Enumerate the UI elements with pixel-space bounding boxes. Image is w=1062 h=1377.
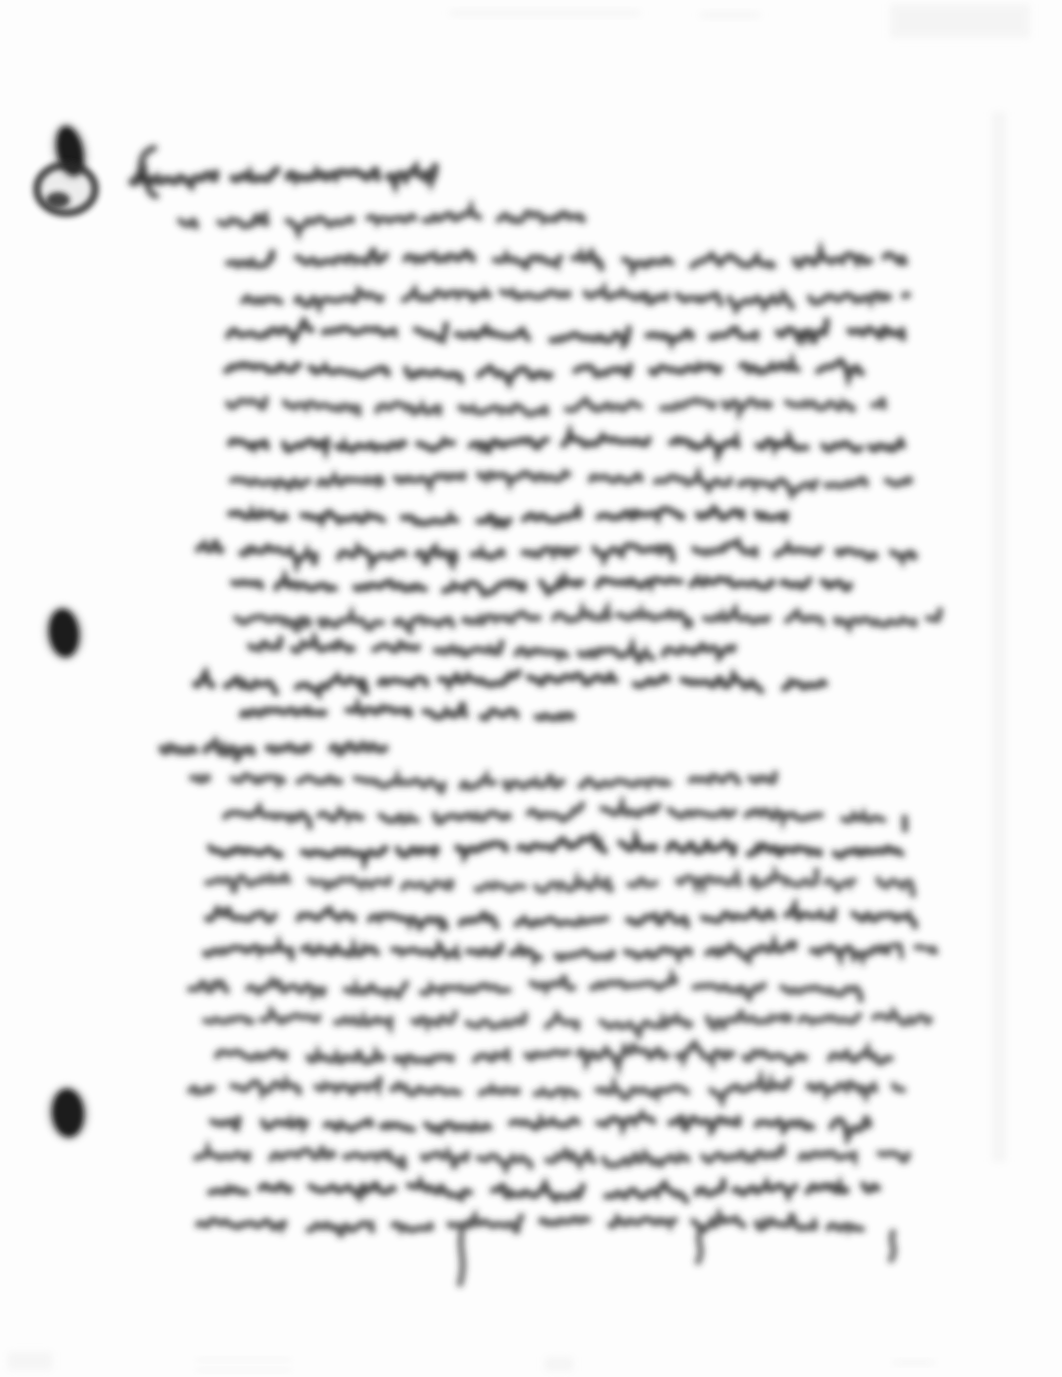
handwriting-descender-tail	[891, 1232, 894, 1260]
handwriting-line	[198, 540, 915, 565]
handwriting-line	[205, 1011, 930, 1034]
scanned-notebook-page	[0, 0, 1062, 1377]
handwriting-line	[210, 1181, 878, 1202]
handwriting-line	[190, 1079, 903, 1101]
handwriting-line	[192, 774, 775, 792]
handwriting-line	[230, 508, 786, 528]
handwriting-line	[236, 610, 940, 633]
handwriting-line	[210, 836, 901, 861]
handwriting-line	[228, 398, 884, 416]
handwriting-line	[888, 944, 936, 957]
scan-smudge	[8, 1352, 52, 1370]
scan-render-layer	[0, 0, 1062, 1377]
handwriting-line	[250, 638, 734, 663]
scan-smudge	[196, 1368, 291, 1372]
handwriting-line	[242, 702, 572, 720]
handwriting-line	[233, 578, 850, 594]
pen-scribble-ring	[37, 165, 95, 213]
scan-smudge	[196, 1358, 291, 1362]
handwriting-line	[196, 1146, 908, 1168]
handwriting-line	[228, 320, 903, 344]
handwriting-ink	[132, 148, 940, 1284]
handwriting-line	[226, 361, 862, 383]
handwriting-line	[132, 166, 435, 185]
handwriting-line	[198, 1213, 862, 1236]
handwriting-line	[207, 871, 913, 895]
scan-smudge	[890, 4, 1030, 38]
handwriting-descender-tail	[698, 1230, 701, 1262]
handwriting-line	[180, 209, 583, 232]
scan-smudge	[450, 10, 640, 16]
handwriting-line	[190, 975, 861, 1000]
handwriting-line	[243, 290, 908, 309]
handwriting-descender-tail	[460, 1228, 463, 1284]
handwriting-line	[232, 473, 910, 494]
handwriting-line	[162, 743, 385, 758]
handwriting-line	[205, 941, 888, 960]
handwriting-line	[212, 1115, 869, 1138]
handwriting-line	[195, 672, 825, 693]
scan-smudge	[893, 1360, 935, 1365]
pen-scribble-blot	[46, 192, 70, 208]
scan-smudges	[8, 4, 1030, 1372]
handwriting-line	[228, 248, 905, 269]
scan-smudge	[992, 112, 1006, 1162]
scan-smudge	[700, 12, 760, 18]
scan-smudge	[545, 1357, 573, 1371]
